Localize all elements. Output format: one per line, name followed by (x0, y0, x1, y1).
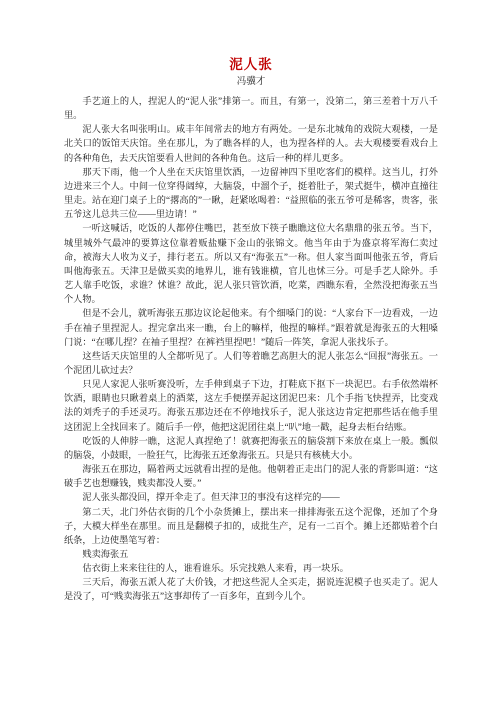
paragraph: 估衣街上来来往往的人，谁看谁乐。乐完找熟人来看，再一块乐。 (64, 561, 438, 575)
paragraph: 这些话天庆馆里的人全都听见了。人们等着瞧艺高胆大的泥人张怎么“回报”海张五。一个… (64, 349, 438, 377)
paragraph: 只见人家泥人张听赛没听，左手伸到桌子下边，打鞋底下抠下一块泥巴。右手依然端杯饮酒… (64, 377, 438, 434)
paragraph: 贱卖海张五 (64, 547, 438, 561)
paragraph: 那天下雨，他一个人坐在天庆馆里饮酒，一边留神四下里吃客们的模样。这当儿，打外边进… (64, 165, 438, 222)
page-title: 泥人张 (64, 56, 438, 73)
paragraph: 泥人张大名叫张明山。咸丰年间常去的地方有两处。一是东北城角的戏院大观楼，一是北关… (64, 122, 438, 164)
document-body: 手艺道上的人，捏泥人的“泥人张”排第一。而且，有第一，没第二，第三差着十万八千里… (64, 94, 438, 604)
paragraph: 吃饭的人伸脖一瞧，这泥人真捏绝了！就赛把海张五的脑袋割下来放在桌上一般。瓢似的脑… (64, 434, 438, 462)
document-page: 泥人张 冯骥才 手艺道上的人，捏泥人的“泥人张”排第一。而且，有第一，没第二，第… (0, 0, 496, 702)
paragraph: 海张五在那边，隔着两丈远就看出捏的是他。他朝着正走出门的泥人张的背影叫道：“这破… (64, 462, 438, 490)
paragraph: 第二天，北门外估衣街的几个小杂货摊上，摆出来一排排海张五这个泥像，还加了个身子，… (64, 505, 438, 547)
paragraph: 手艺道上的人，捏泥人的“泥人张”排第一。而且，有第一，没第二，第三差着十万八千里… (64, 94, 438, 122)
author-name: 冯骥才 (64, 76, 438, 88)
paragraph: 三天后，海张五派人花了大价钱，才把这些泥人全买走，据说连泥模子也买走了。泥人是没… (64, 575, 438, 603)
paragraph: 一听这喊话，吃饭的人都停住嘴巴，甚至放下筷子瞧瞧这位大名鼎鼎的张五爷。当下，城里… (64, 221, 438, 306)
paragraph: 泥人张头都没回，撑开伞走了。但天津卫的事没有这样完的—— (64, 490, 438, 504)
paragraph: 但是不会儿，就听海张五那边议论起他来。有个细嗓门的说：“人家台下一边看戏，一边手… (64, 306, 438, 348)
